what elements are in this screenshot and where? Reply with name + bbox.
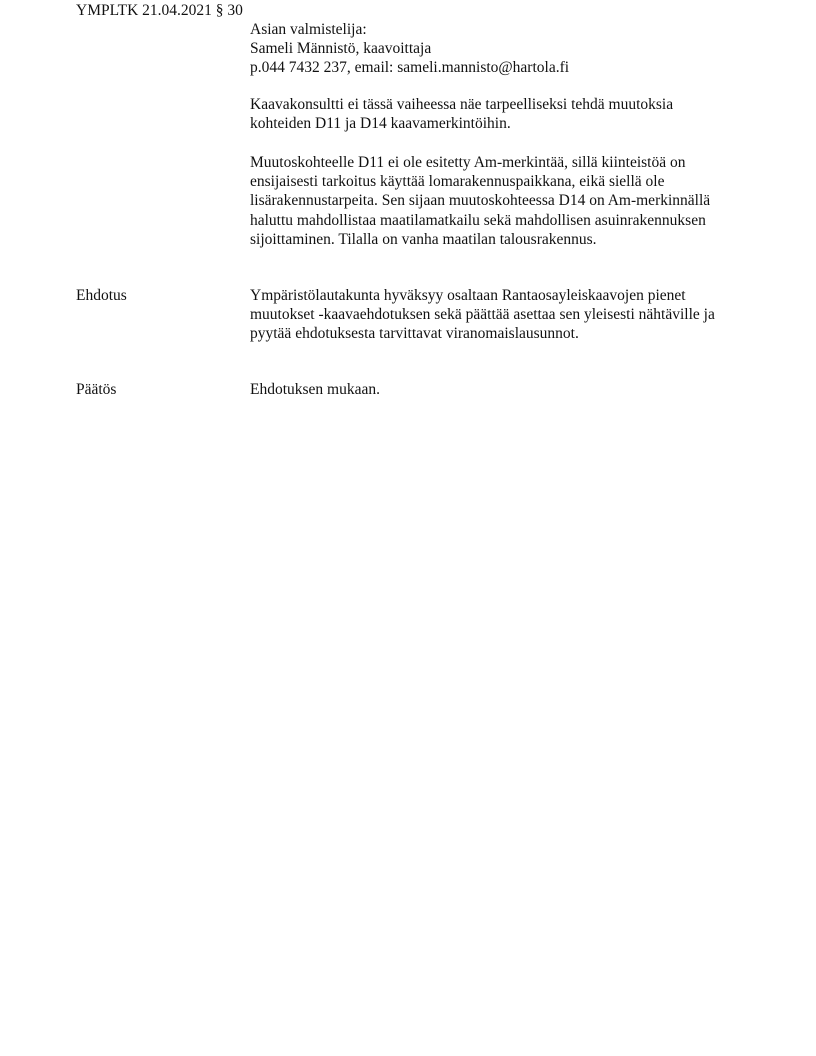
decision-label: Päätös [76, 380, 116, 399]
decision-text: Ehdotuksen mukaan. [250, 380, 750, 399]
preparer-info: Asian valmistelija: Sameli Männistö, kaa… [250, 20, 750, 78]
proposal-text: Ympäristölautakunta hyväksyy osaltaan Ra… [250, 286, 740, 344]
preparer-title: Asian valmistelija: [250, 20, 750, 39]
preparer-name: Sameli Männistö, kaavoittaja [250, 39, 750, 58]
paragraph-consultant: Kaavakonsultti ei tässä vaiheessa näe ta… [250, 95, 720, 133]
proposal-label: Ehdotus [76, 286, 127, 305]
preparer-contact: p.044 7432 237, email: sameli.mannisto@h… [250, 58, 750, 77]
paragraph-details: Muutoskohteelle D11 ei ole esitetty Am-m… [250, 153, 740, 249]
document-reference: YMPLTK 21.04.2021 § 30 [76, 1, 243, 20]
